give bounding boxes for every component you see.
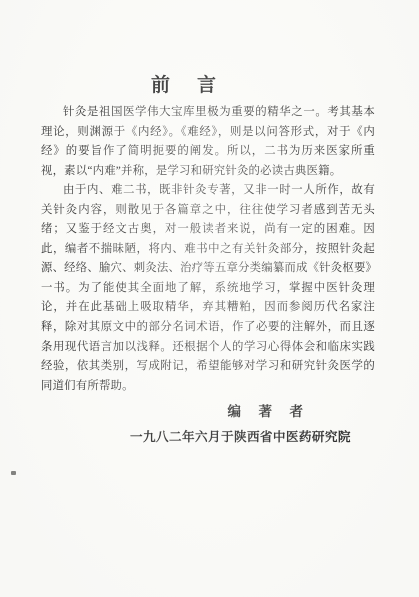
preface-title: 前 言: [0, 70, 419, 97]
scanned-book-page: 前 言 针灸是祖国医学伟大宝库里极为重要的精华之一。考其基本 理论，则渊源于《内…: [0, 0, 419, 597]
preface-body: 针灸是祖国医学伟大宝库里极为重要的精华之一。考其基本 理论，则渊源于《内经》。《…: [41, 103, 375, 396]
text-line: 经》的要旨作了简明扼要的阐发。所以，二书为历来医家所重: [41, 142, 375, 162]
scan-artifact-speck: [11, 471, 16, 475]
text-line: 由于内、难二书，既非针灸专著，又非一时一人所作，故有: [41, 181, 375, 201]
text-line: 同道们有所帮助。: [41, 377, 375, 397]
date-line: 一九八二年六月于陕西省中医药研究院: [130, 426, 351, 445]
text-line: 源、经络、腧穴、刺灸法、治疗等五章分类编纂而成《针灸枢要》: [41, 259, 375, 279]
author-signature: 编 著 者: [228, 400, 306, 420]
text-line: 视，素以“内难”并称，是学习和研究针灸的必读古典医籍。: [41, 162, 375, 182]
text-line: 一书。为了能使其全面地了解，系统地学习，掌握中医针灸理: [41, 279, 375, 299]
text-line: 关针灸内容，则散见于各篇章之中，往往使学习者感到苦无头: [41, 201, 375, 221]
text-line: 此，编者不揣昧陋，将内、难书中之有关针灸部分，按照针灸起: [41, 240, 375, 260]
text-line: 释，除对其原文中的部分名词术语，作了必要的注解外，而且逐: [41, 318, 375, 338]
text-line: 条用现代语言加以浅释。还根据个人的学习心得体会和临床实践: [41, 338, 375, 358]
text-line: 论，并在此基础上吸取精华，弃其糟粕，因而参阅历代名家注: [41, 298, 375, 318]
text-line: 针灸是祖国医学伟大宝库里极为重要的精华之一。考其基本: [41, 103, 375, 123]
text-line: 绪；又鉴于经文古奥，对一般读者来说，尚有一定的困难。因: [41, 220, 375, 240]
text-line: 经验，依其类别，写成附记，希望能够对学习和研究针灸医学的: [41, 357, 375, 377]
text-line: 理论，则渊源于《内经》。《难经》，则是以问答形式，对于《内: [41, 123, 375, 143]
